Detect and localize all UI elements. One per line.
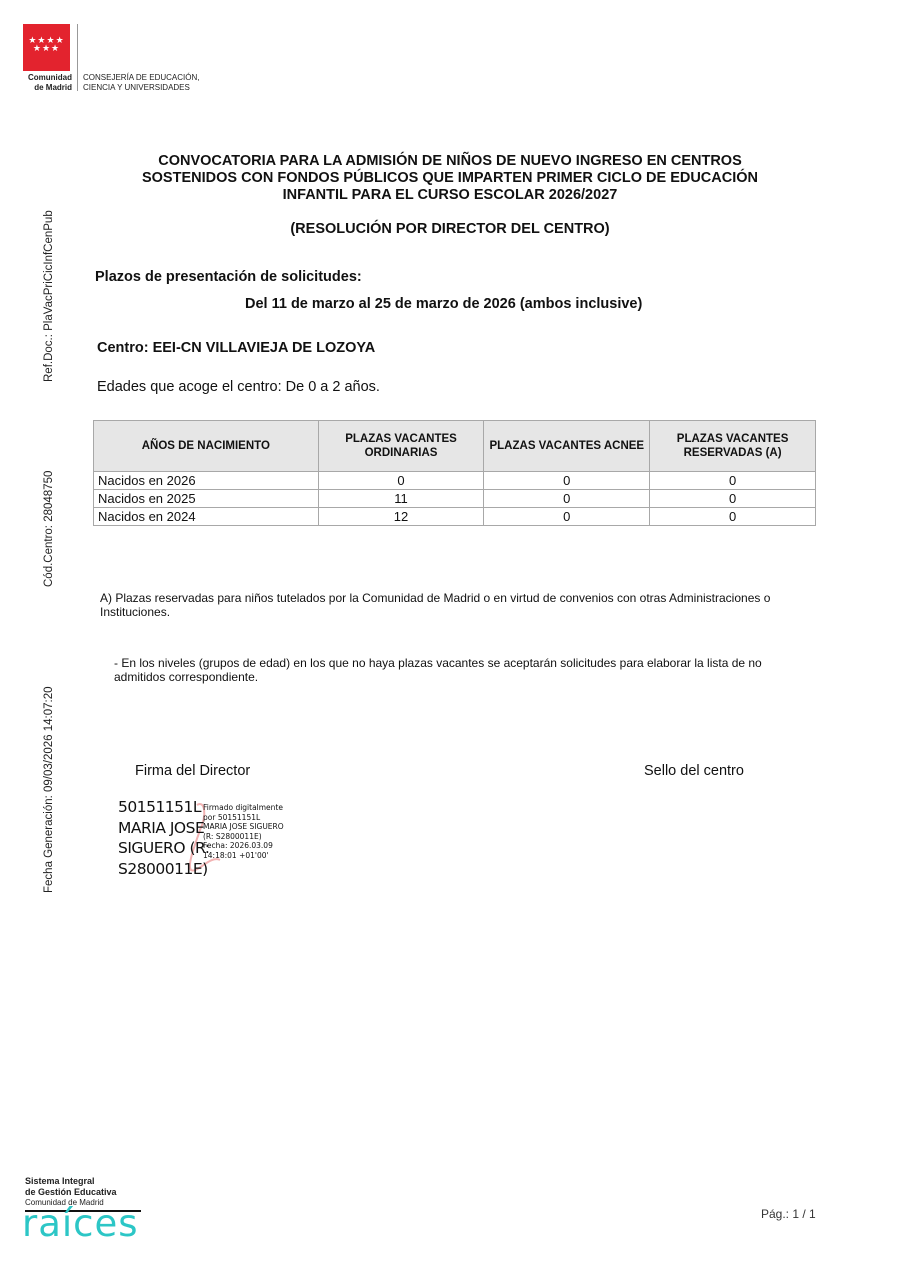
sig-detail: (R: S2800011E) (203, 832, 284, 842)
cell-year: Nacidos en 2025 (94, 490, 319, 508)
page-number: Pág.: 1 / 1 (761, 1207, 816, 1221)
sig-line: S2800011E) (118, 859, 210, 880)
footer-line2: de Gestión Educativa (25, 1187, 117, 1198)
cell-acnee: 0 (484, 490, 650, 508)
signature-name: 50151151L MARIA JOSE SIGUERO (R: S280001… (118, 797, 210, 879)
logo-name: Comunidad de Madrid (20, 73, 72, 92)
plazos-dates: Del 11 de marzo al 25 de marzo de 2026 (… (245, 296, 642, 312)
ref-doc: Ref.Doc.: PlaVacPriCicInfCenPub (43, 210, 55, 382)
sig-detail: por 50151151L (203, 813, 284, 823)
consejeria-line2: CIENCIA Y UNIVERSIDADES (83, 83, 199, 93)
sig-detail: MARIA JOSE SIGUERO (203, 822, 284, 832)
cell-reservadas: 0 (650, 472, 816, 490)
sistema-integral-logo: Sistema Integral de Gestión Educativa (25, 1176, 117, 1198)
table-row: Nacidos en 2024 12 0 0 (94, 508, 816, 526)
title-line1: CONVOCATORIA PARA LA ADMISIÓN DE NIÑOS D… (100, 153, 800, 170)
plazos-label: Plazos de presentación de solicitudes: (95, 269, 362, 285)
cell-ordinarias: 11 (318, 490, 484, 508)
cell-acnee: 0 (484, 508, 650, 526)
sig-detail: Fecha: 2026.03.09 (203, 841, 284, 851)
sig-line: 50151151L (118, 797, 210, 818)
firma-label: Firma del Director (135, 763, 250, 779)
vacancies-table: AÑOS DE NACIMIENTO PLAZAS VACANTES ORDIN… (93, 420, 816, 526)
cell-acnee: 0 (484, 472, 650, 490)
sig-line: MARIA JOSE (118, 818, 210, 839)
sig-detail: 14:18:01 +01'00' (203, 851, 284, 861)
note-no-admitidos: - En los niveles (grupos de edad) en los… (114, 656, 804, 684)
cell-reservadas: 0 (650, 490, 816, 508)
consejeria-line1: CONSEJERÍA DE EDUCACIÓN, (83, 73, 199, 83)
cell-reservadas: 0 (650, 508, 816, 526)
footer-line1: Sistema Integral (25, 1176, 117, 1187)
header-acnee: PLAZAS VACANTES ACNEE (484, 421, 650, 472)
title-line3: INFANTIL PARA EL CURSO ESCOLAR 2026/2027 (100, 187, 800, 204)
document-title: CONVOCATORIA PARA LA ADMISIÓN DE NIÑOS D… (100, 153, 800, 204)
cod-centro: Cód.Centro: 28048750 (43, 471, 55, 587)
cell-year: Nacidos en 2024 (94, 508, 319, 526)
consejeria-name: CONSEJERÍA DE EDUCACIÓN, CIENCIA Y UNIVE… (83, 73, 199, 92)
cell-ordinarias: 0 (318, 472, 484, 490)
table-header-row: AÑOS DE NACIMIENTO PLAZAS VACANTES ORDIN… (94, 421, 816, 472)
sig-line: SIGUERO (R: (118, 838, 210, 859)
table-row: Nacidos en 2026 0 0 0 (94, 472, 816, 490)
edades-text: Edades que acoge el centro: De 0 a 2 año… (97, 379, 380, 395)
title-line2: SOSTENIDOS CON FONDOS PÚBLICOS QUE IMPAR… (100, 170, 800, 187)
sello-label: Sello del centro (644, 763, 744, 779)
header-anos: AÑOS DE NACIMIENTO (94, 421, 319, 472)
note-reservadas: A) Plazas reservadas para niños tutelado… (100, 591, 800, 619)
header-ordinarias: PLAZAS VACANTES ORDINARIAS (318, 421, 484, 472)
table-row: Nacidos en 2025 11 0 0 (94, 490, 816, 508)
comunidad-madrid-logo: ★★★★ ★★★ (23, 24, 70, 71)
raices-logo: raíces (22, 1204, 139, 1244)
stars-icon: ★★★★ ★★★ (23, 37, 70, 53)
cell-year: Nacidos en 2026 (94, 472, 319, 490)
header-reservadas: PLAZAS VACANTES RESERVADAS (A) (650, 421, 816, 472)
logo-divider (77, 24, 78, 91)
sig-detail: Firmado digitalmente (203, 803, 284, 813)
cell-ordinarias: 12 (318, 508, 484, 526)
fecha-generacion: Fecha Generación: 09/03/2026 14:07:20 (43, 686, 55, 893)
document-subtitle: (RESOLUCIÓN POR DIRECTOR DEL CENTRO) (100, 221, 800, 237)
signature-details: Firmado digitalmente por 50151151L MARIA… (203, 803, 284, 861)
centro-name: Centro: EEI-CN VILLAVIEJA DE LOZOYA (97, 340, 375, 356)
